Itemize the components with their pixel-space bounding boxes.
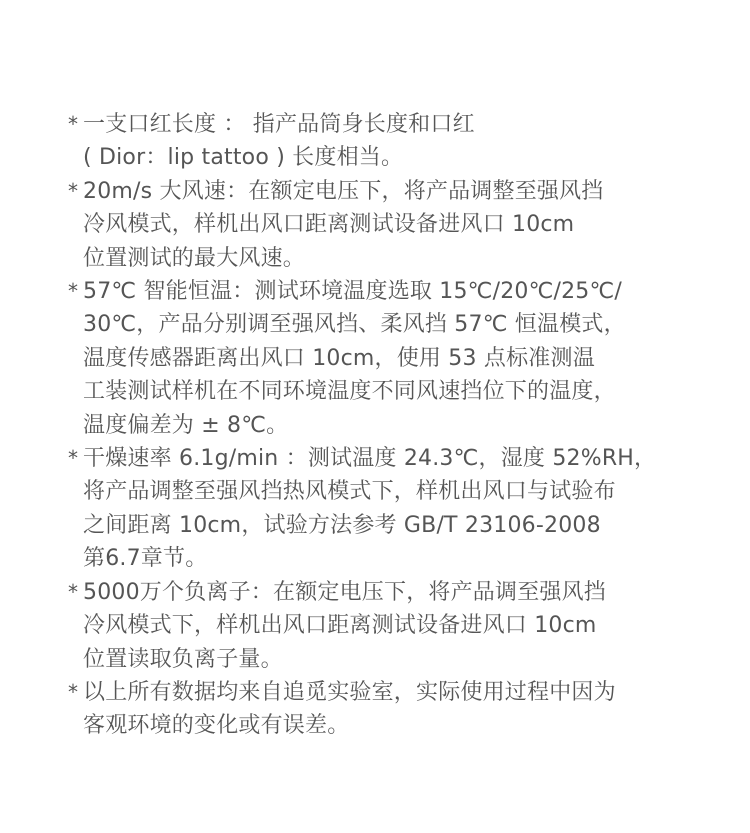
footnote-line: 冷风模式，样机出风口距离测试设备进风口 10cm (83, 208, 708, 241)
footnote-line: 工装测试样机在不同环境温度不同风速挡位下的温度， (83, 375, 708, 408)
footnote-lipstick-length: * 一支口红长度 ： 指产品筒身长度和口红 ( Dior：lip tattoo … (68, 108, 708, 175)
asterisk-marker: * (68, 108, 78, 141)
asterisk-marker: * (68, 576, 78, 609)
footnote-line: 20m/s 大风速：在额定电压下，将产品调整至强风挡 (83, 175, 708, 208)
footnote-line: 将产品调整至强风挡热风模式下，样机出风口与试验布 (83, 475, 708, 508)
footnote-line: 温度传感器距离出风口 10cm，使用 53 点标准测温 (83, 342, 708, 375)
footnote-line: 以上所有数据均来自追觅实验室，实际使用过程中因为 (83, 676, 708, 709)
footnote-line: 第6.7章节。 (83, 542, 708, 575)
footnote-line: ( Dior：lip tattoo ) 长度相当。 (83, 141, 708, 174)
footnote-negative-ions: * 5000万个负离子：在额定电压下，将产品调至强风挡 冷风模式下，样机出风口距… (68, 576, 708, 676)
footnote-wind-speed: * 20m/s 大风速：在额定电压下，将产品调整至强风挡 冷风模式，样机出风口距… (68, 175, 708, 275)
footnote-line: 之间距离 10cm，试验方法参考 GB/T 23106-2008 (83, 509, 708, 542)
footnote-line: 温度偏差为 ± 8℃。 (83, 409, 708, 442)
footnote-constant-temperature: * 57℃ 智能恒温：测试环境温度选取 15℃/20℃/25℃/ 30℃，产品分… (68, 275, 708, 442)
footnote-line: 57℃ 智能恒温：测试环境温度选取 15℃/20℃/25℃/ (83, 275, 708, 308)
footnote-line: 30℃，产品分别调至强风挡、柔风挡 57℃ 恒温模式， (83, 308, 708, 341)
asterisk-marker: * (68, 442, 78, 475)
footnote-disclaimer: * 以上所有数据均来自追觅实验室，实际使用过程中因为 客观环境的变化或有误差。 (68, 676, 708, 743)
asterisk-marker: * (68, 676, 78, 709)
footnote-line: 位置读取负离子量。 (83, 643, 708, 676)
footnote-drying-rate: * 干燥速率 6.1g/min ：测试温度 24.3℃，湿度 52%RH， 将产… (68, 442, 708, 576)
asterisk-marker: * (68, 275, 78, 308)
footnote-line: 客观环境的变化或有误差。 (83, 709, 708, 742)
footnote-line: 位置测试的最大风速。 (83, 242, 708, 275)
footnotes-list: * 一支口红长度 ： 指产品筒身长度和口红 ( Dior：lip tattoo … (68, 108, 708, 743)
footnote-line: 5000万个负离子：在额定电压下，将产品调至强风挡 (83, 576, 708, 609)
footnote-line: 干燥速率 6.1g/min ：测试温度 24.3℃，湿度 52%RH， (83, 442, 708, 475)
footnote-line: 一支口红长度 ： 指产品筒身长度和口红 (83, 108, 708, 141)
asterisk-marker: * (68, 175, 78, 208)
footnote-line: 冷风模式下，样机出风口距离测试设备进风口 10cm (83, 609, 708, 642)
